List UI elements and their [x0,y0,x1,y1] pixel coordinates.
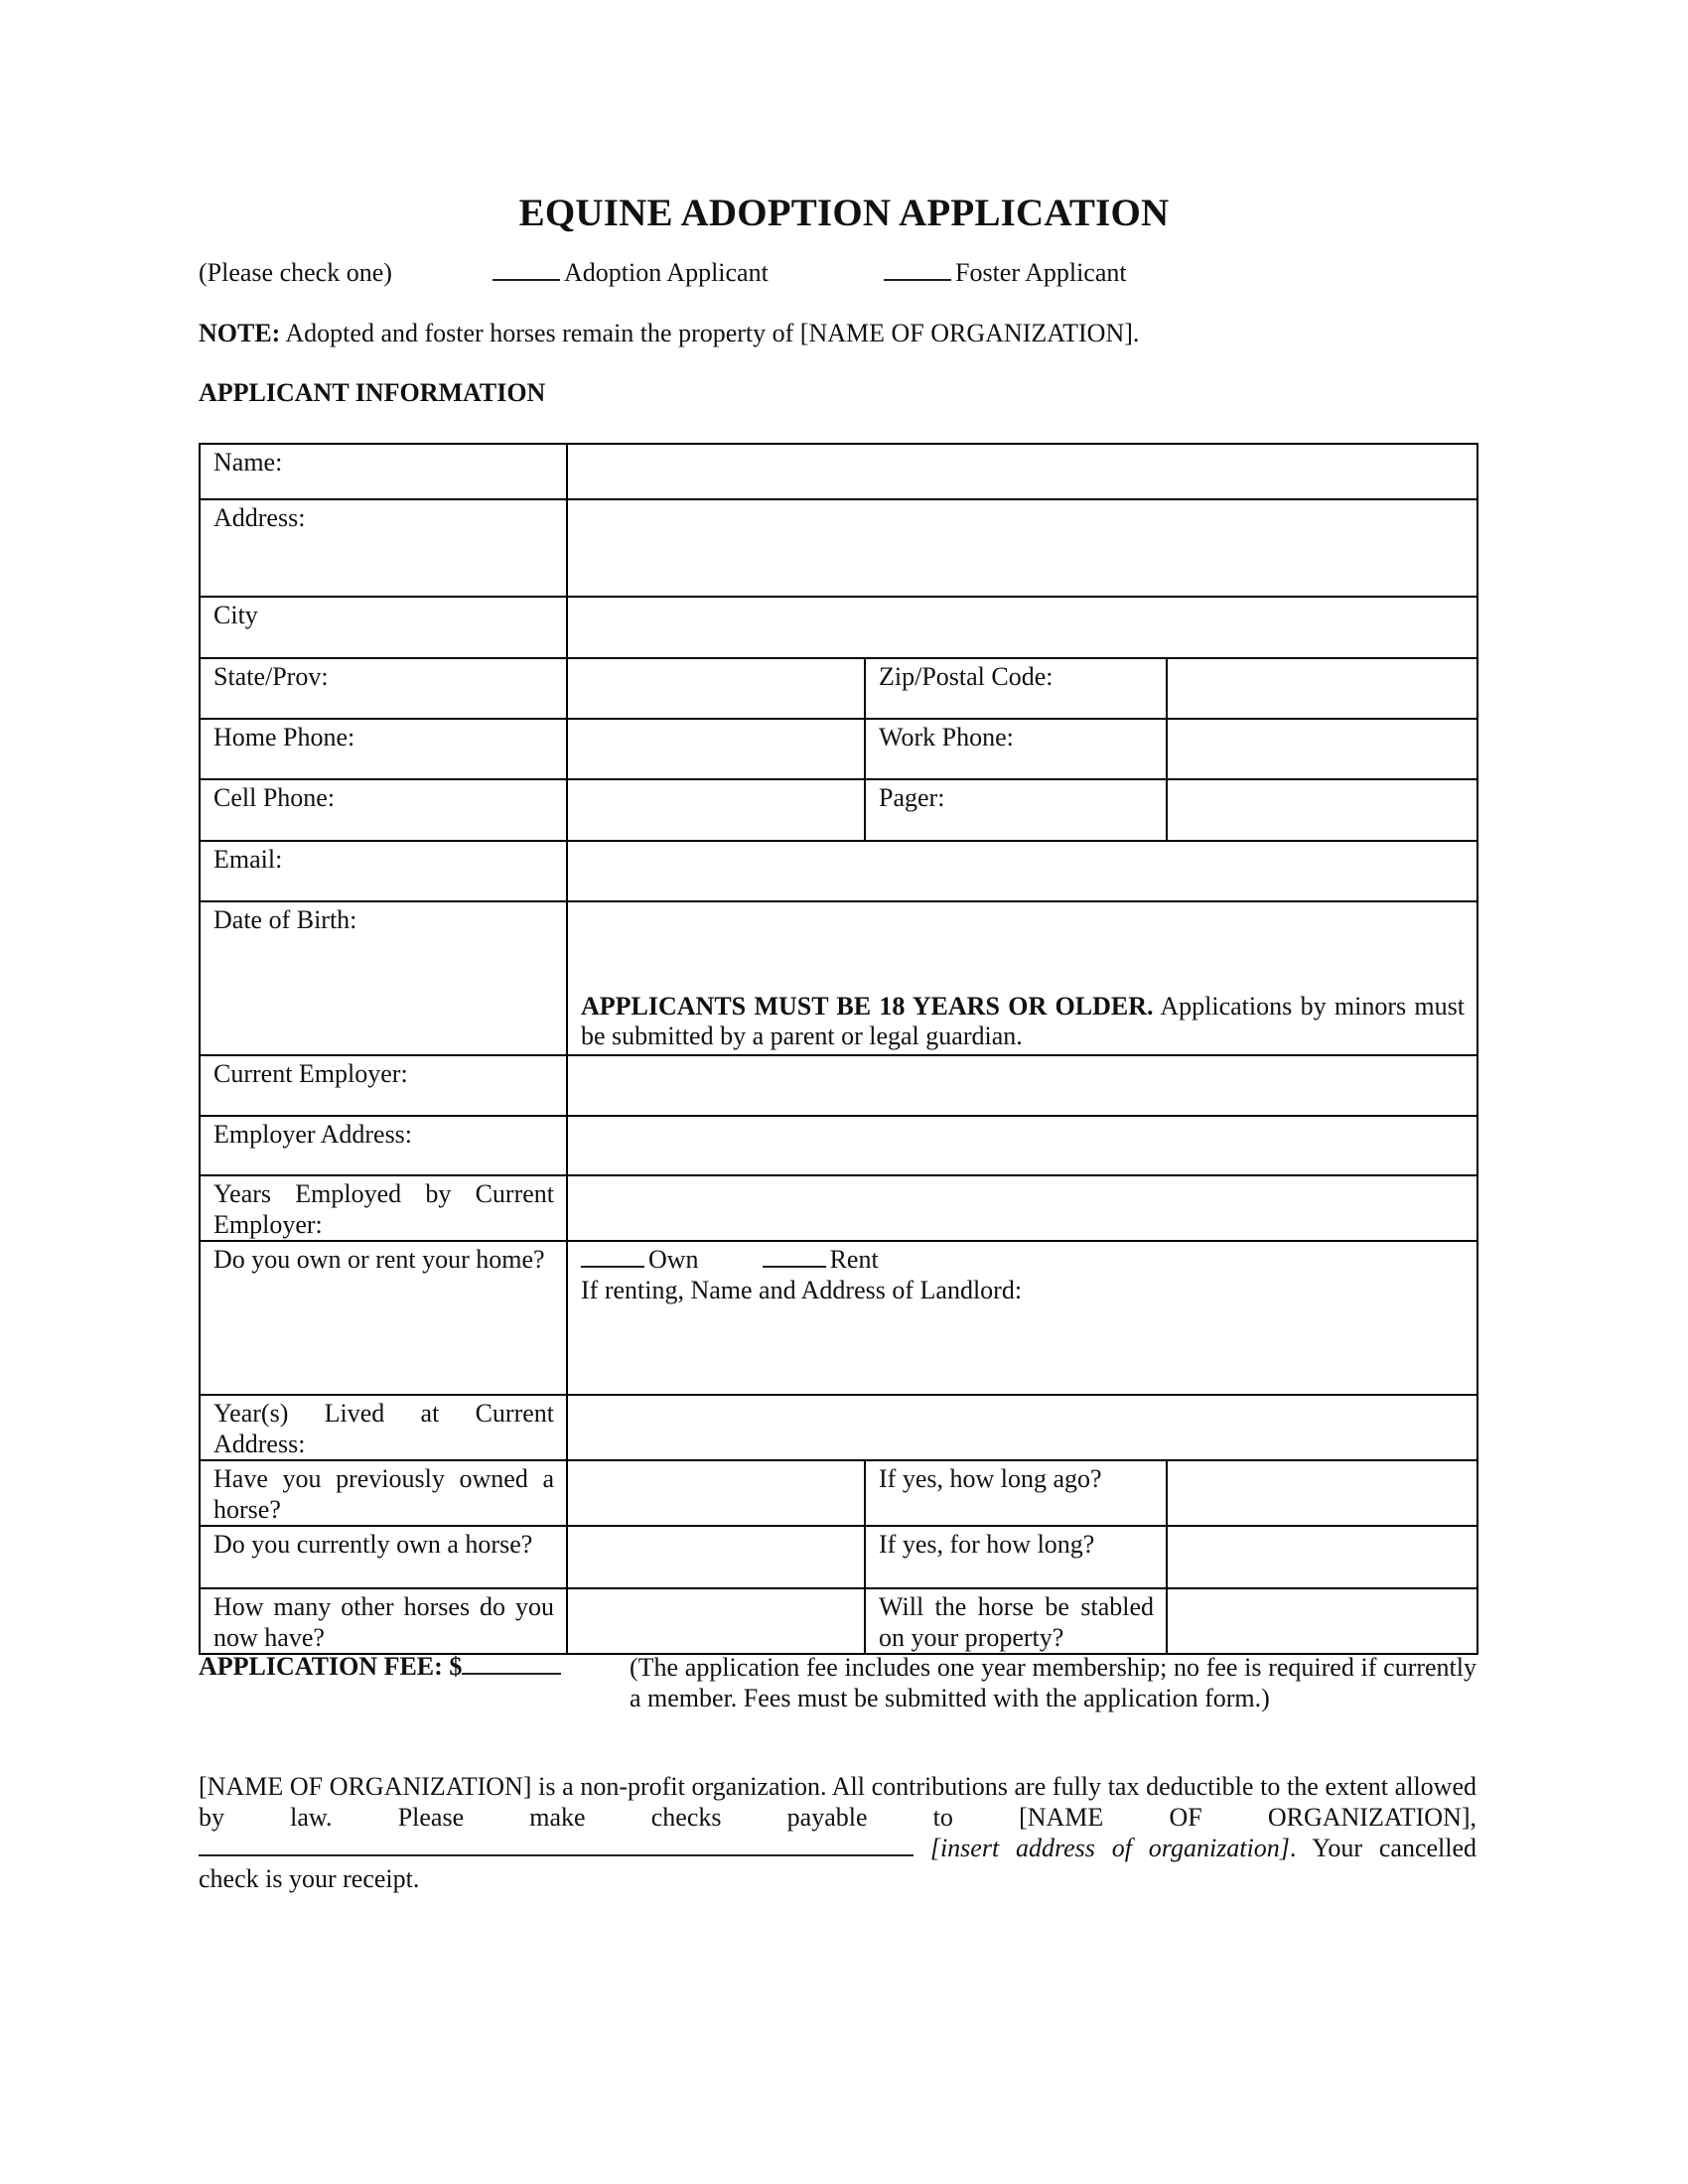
ownership-note: NOTE: Adopted and foster horses remain t… [199,319,1139,348]
field-label: Pager: [865,779,1167,841]
fee-note: (The application fee includes one year m… [630,1652,1477,1713]
field-label: Current Employer: [200,1055,567,1116]
note-label: NOTE: [199,319,280,347]
table-row-name: Name: [200,444,1477,499]
table-row-currently-own: Do you currently own a horse? If yes, fo… [200,1526,1477,1588]
foster-applicant-option[interactable]: Foster Applicant [884,258,1127,288]
field-label: Employer Address: [200,1116,567,1175]
foster-applicant-label: Foster Applicant [955,258,1127,287]
address-input[interactable] [567,499,1477,597]
table-row-other-horses: How many other horses do you now have? W… [200,1588,1477,1654]
foster-checkbox-blank[interactable] [884,259,951,281]
other-horses-input[interactable] [567,1588,865,1654]
fee-dollar: : $ [434,1652,462,1681]
field-label: Cell Phone: [200,779,567,841]
field-label: City [200,597,567,658]
age-requirement-bold: APPLICANTS MUST BE 18 YEARS OR OLDER. [581,992,1154,1021]
email-input[interactable] [567,841,1477,901]
table-row-cell-pager: Cell Phone: Pager: [200,779,1477,841]
landlord-label: If renting, Name and Address of Landlord… [581,1276,1022,1304]
rent-label: Rent [830,1245,879,1274]
fee-label: APPLICATION FEE [199,1652,434,1681]
field-label: If yes, for how long? [865,1526,1167,1588]
field-label: State/Prov: [200,658,567,719]
employer-input[interactable] [567,1055,1477,1116]
organization-paragraph: [NAME OF ORGANIZATION] is a non-profit o… [199,1771,1477,1894]
adoption-applicant-label: Adoption Applicant [564,258,769,287]
age-requirement-note: APPLICANTS MUST BE 18 YEARS OR OLDER. Ap… [581,904,1465,1051]
field-label: Name: [200,444,567,499]
field-label: If yes, how long ago? [865,1460,1167,1526]
org-address-placeholder: [insert address of organization] [930,1834,1290,1862]
field-label: Year(s) Lived at Current Address: [200,1395,567,1460]
previously-owned-input[interactable] [567,1460,865,1526]
table-row-state-zip: State/Prov: Zip/Postal Code: [200,658,1477,719]
own-rent-cell[interactable]: OwnRent If renting, Name and Address of … [567,1241,1477,1395]
field-label: Work Phone: [865,719,1167,779]
adoption-applicant-option[interactable]: Adoption Applicant [492,258,769,288]
adoption-checkbox-blank[interactable] [492,259,560,281]
work-phone-input[interactable] [1167,719,1477,779]
table-row-years-employed: Years Employed by Current Employer: [200,1175,1477,1241]
table-row-address: Address: [200,499,1477,597]
employer-address-input[interactable] [567,1116,1477,1175]
org-address-blank[interactable] [199,1833,914,1856]
table-row-dob: Date of Birth: APPLICANTS MUST BE 18 YEA… [200,901,1477,1055]
table-row-employer: Current Employer: [200,1055,1477,1116]
home-phone-input[interactable] [567,719,865,779]
field-label: How many other horses do you now have? [200,1588,567,1654]
field-label: Will the horse be stabled on your proper… [865,1588,1167,1654]
table-row-years-lived: Year(s) Lived at Current Address: [200,1395,1477,1460]
currently-own-input[interactable] [567,1526,865,1588]
org-text-before: [NAME OF ORGANIZATION] is a non-profit o… [199,1772,1477,1832]
field-label: Zip/Postal Code: [865,658,1167,719]
how-long-input[interactable] [1167,1526,1477,1588]
name-input[interactable] [567,444,1477,499]
zip-input[interactable] [1167,658,1477,719]
years-lived-input[interactable] [567,1395,1477,1460]
rent-checkbox-blank[interactable] [763,1246,826,1268]
table-row-employer-address: Employer Address: [200,1116,1477,1175]
years-employed-input[interactable] [567,1175,1477,1241]
field-label: Do you own or rent your home? [200,1241,567,1395]
field-label: Home Phone: [200,719,567,779]
city-input[interactable] [567,597,1477,658]
section-heading-applicant-info: APPLICANT INFORMATION [199,378,545,408]
table-row-email: Email: [200,841,1477,901]
application-fee: APPLICATION FEE: $ [199,1652,561,1682]
fee-amount-blank[interactable] [462,1653,561,1675]
pager-input[interactable] [1167,779,1477,841]
field-label: Have you previously owned a horse? [200,1460,567,1526]
state-input[interactable] [567,658,865,719]
cell-phone-input[interactable] [567,779,865,841]
own-checkbox-blank[interactable] [581,1246,644,1268]
field-label: Address: [200,499,567,597]
page-title: EQUINE ADOPTION APPLICATION [0,191,1688,235]
field-label: Email: [200,841,567,901]
table-row-phones: Home Phone: Work Phone: [200,719,1477,779]
field-label: Date of Birth: [200,901,567,1055]
check-prompt: (Please check one) [199,258,392,288]
stabled-input[interactable] [1167,1588,1477,1654]
table-row-city: City [200,597,1477,658]
own-label: Own [648,1245,699,1274]
table-row-own-rent: Do you own or rent your home? OwnRent If… [200,1241,1477,1395]
applicant-info-table: Name: Address: City State/Prov: Zip/Post… [199,443,1478,1655]
field-label: Do you currently own a horse? [200,1526,567,1588]
note-text: Adopted and foster horses remain the pro… [280,319,1139,347]
how-long-ago-input[interactable] [1167,1460,1477,1526]
field-label: Years Employed by Current Employer: [200,1175,567,1241]
table-row-previously-owned: Have you previously owned a horse? If ye… [200,1460,1477,1526]
dob-input[interactable]: APPLICANTS MUST BE 18 YEARS OR OLDER. Ap… [567,901,1477,1055]
